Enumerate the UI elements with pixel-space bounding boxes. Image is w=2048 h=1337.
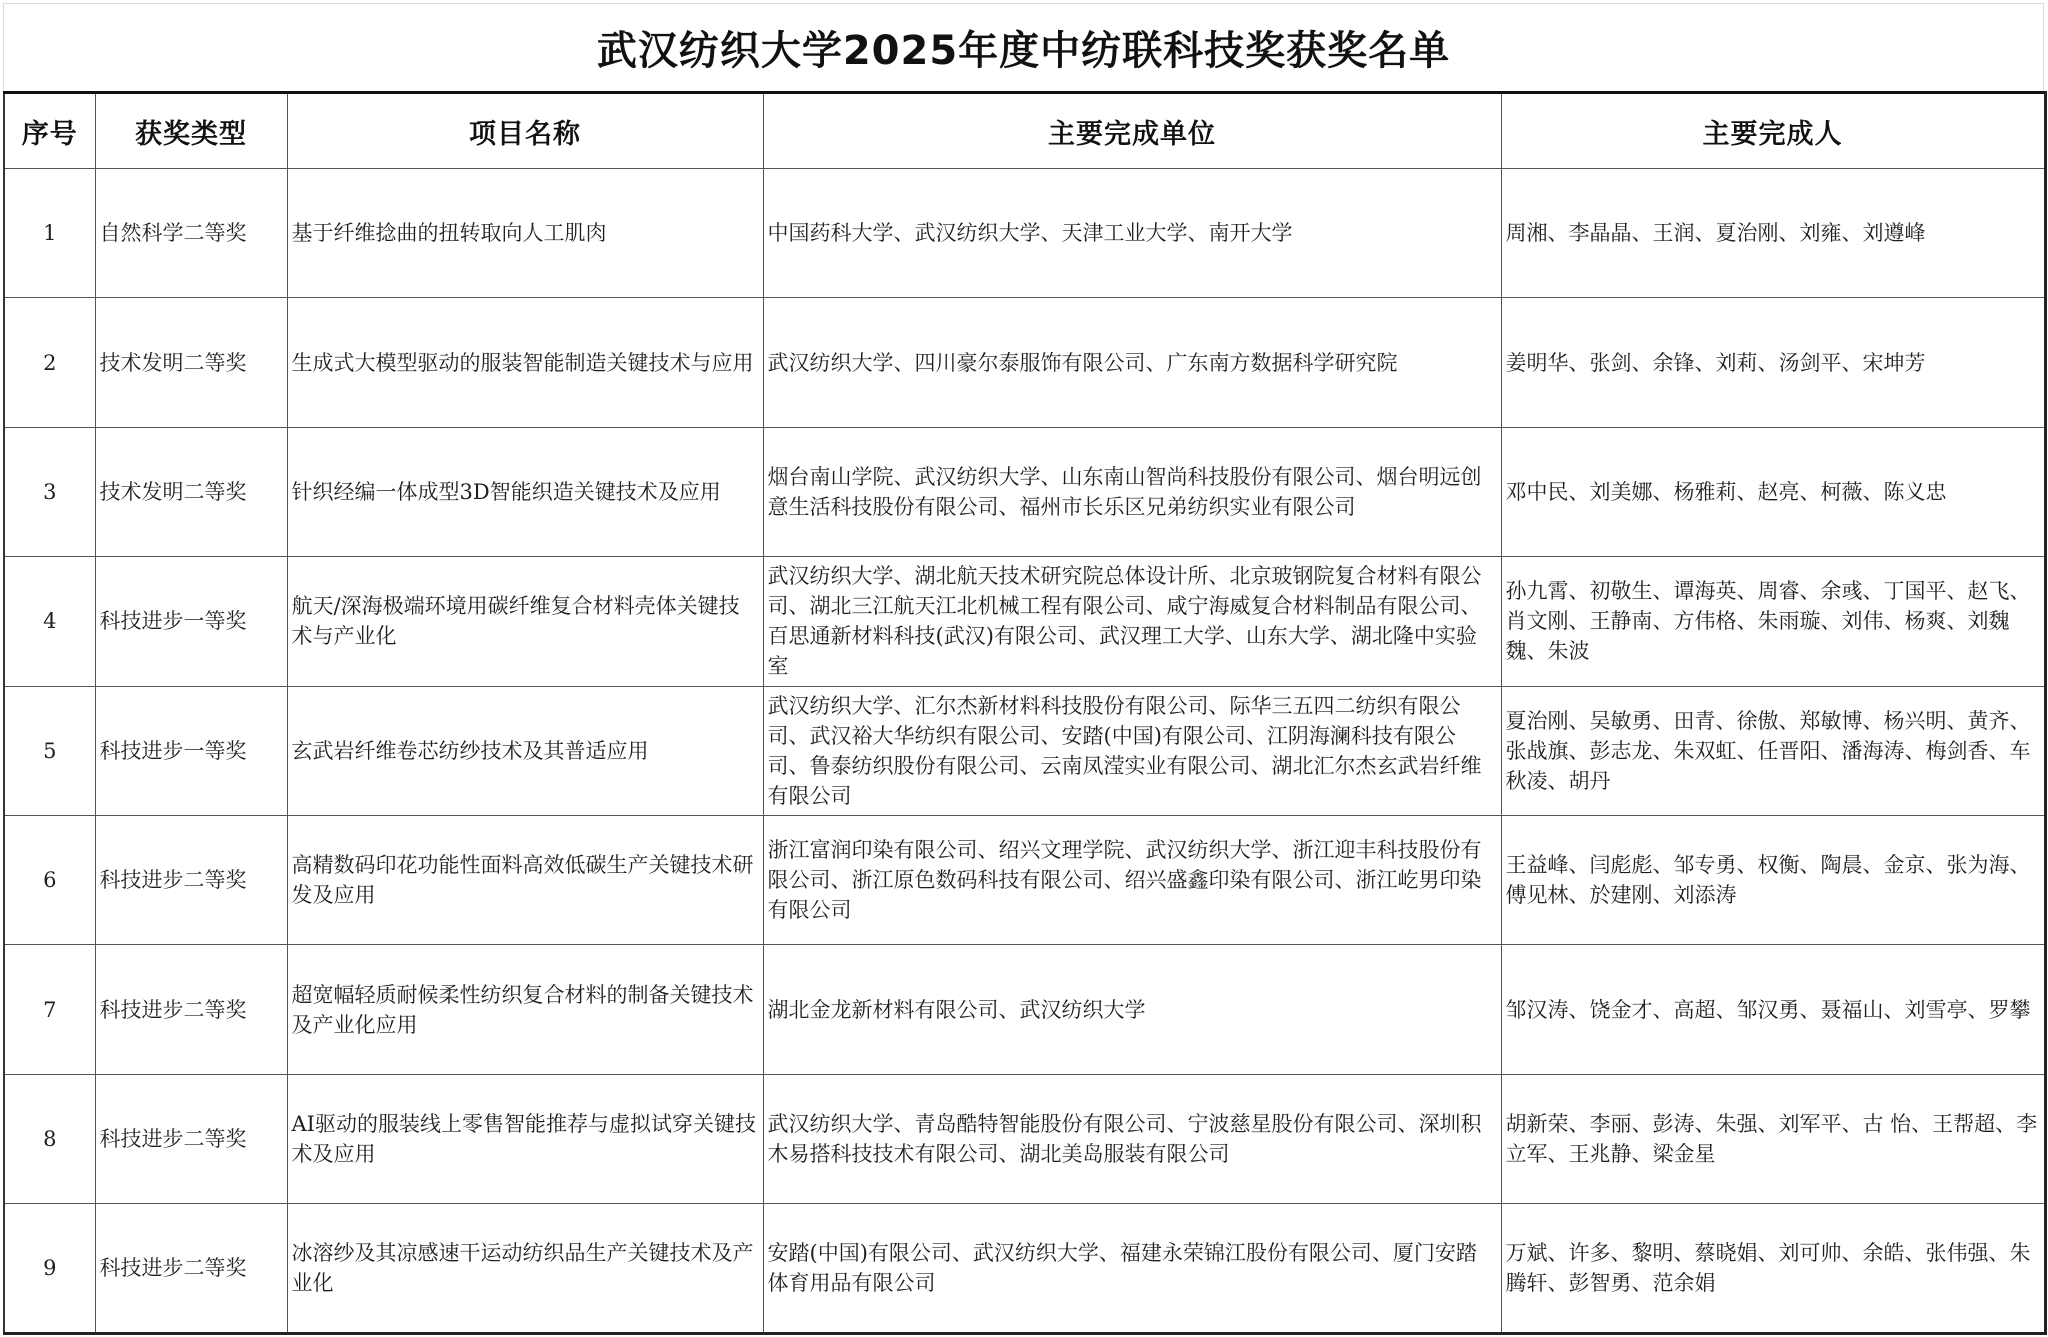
- cell-people: 王益峰、闫彪彪、邹专勇、权衡、陶晨、金京、张为海、傅见林、於建刚、刘添涛: [1501, 815, 2045, 944]
- cell-no: 1: [4, 169, 95, 298]
- cell-project: AI驱动的服装线上零售智能推荐与虚拟试穿关键技术及应用: [287, 1074, 763, 1203]
- cell-no: 2: [4, 298, 95, 427]
- cell-people: 周湘、李晶晶、王润、夏治刚、刘雍、刘遵峰: [1501, 169, 2045, 298]
- table-row: 5 科技进步一等奖 玄武岩纤维卷芯纺纱技术及其普适应用 武汉纺织大学、汇尔杰新材…: [4, 686, 2045, 815]
- cell-project: 基于纤维捻曲的扭转取向人工肌肉: [287, 169, 763, 298]
- cell-units: 武汉纺织大学、湖北航天技术研究院总体设计所、北京玻钢院复合材料有限公司、湖北三江…: [763, 557, 1501, 686]
- cell-units: 安踏(中国)有限公司、武汉纺织大学、福建永荣锦江股份有限公司、厦门安踏体育用品有…: [763, 1204, 1501, 1333]
- cell-project: 针织经编一体成型3D智能织造关键技术及应用: [287, 427, 763, 556]
- cell-no: 5: [4, 686, 95, 815]
- table-header-row: 序号 获奖类型 项目名称 主要完成单位 主要完成人: [4, 93, 2045, 169]
- cell-units: 湖北金龙新材料有限公司、武汉纺织大学: [763, 945, 1501, 1074]
- cell-people: 姜明华、张剑、余锋、刘莉、汤剑平、宋坤芳: [1501, 298, 2045, 427]
- cell-project: 高精数码印花功能性面料高效低碳生产关键技术研发及应用: [287, 815, 763, 944]
- header-project: 项目名称: [287, 93, 763, 169]
- cell-no: 4: [4, 557, 95, 686]
- cell-people: 万斌、许多、黎明、蔡晓娟、刘可帅、余皓、张伟强、朱腾轩、彭智勇、范余娟: [1501, 1204, 2045, 1333]
- header-award-type: 获奖类型: [95, 93, 287, 169]
- cell-units: 烟台南山学院、武汉纺织大学、山东南山智尚科技股份有限公司、烟台明远创意生活科技股…: [763, 427, 1501, 556]
- cell-award-type: 科技进步二等奖: [95, 1204, 287, 1333]
- cell-no: 6: [4, 815, 95, 944]
- table-row: 3 技术发明二等奖 针织经编一体成型3D智能织造关键技术及应用 烟台南山学院、武…: [4, 427, 2045, 556]
- cell-project: 航天/深海极端环境用碳纤维复合材料壳体关键技术与产业化: [287, 557, 763, 686]
- cell-award-type: 科技进步二等奖: [95, 1074, 287, 1203]
- cell-award-type: 技术发明二等奖: [95, 427, 287, 556]
- cell-award-type: 科技进步一等奖: [95, 557, 287, 686]
- table-row: 2 技术发明二等奖 生成式大模型驱动的服装智能制造关键技术与应用 武汉纺织大学、…: [4, 298, 2045, 427]
- header-units: 主要完成单位: [763, 93, 1501, 169]
- header-no: 序号: [4, 93, 95, 169]
- award-list-sheet: 武汉纺织大学2025年度中纺联科技奖获奖名单 序号 获奖类型 项目名称 主要完成…: [3, 3, 2044, 1333]
- cell-no: 3: [4, 427, 95, 556]
- cell-award-type: 技术发明二等奖: [95, 298, 287, 427]
- cell-people: 夏治刚、吴敏勇、田青、徐傲、郑敏博、杨兴明、黄齐、张战旗、彭志龙、朱双虹、任晋阳…: [1501, 686, 2045, 815]
- table-row: 9 科技进步二等奖 冰溶纱及其凉感速干运动纺织品生产关键技术及产业化 安踏(中国…: [4, 1204, 2045, 1333]
- cell-units: 武汉纺织大学、青岛酷特智能股份有限公司、宁波慈星股份有限公司、深圳积木易搭科技技…: [763, 1074, 1501, 1203]
- cell-no: 7: [4, 945, 95, 1074]
- cell-units: 中国药科大学、武汉纺织大学、天津工业大学、南开大学: [763, 169, 1501, 298]
- cell-award-type: 自然科学二等奖: [95, 169, 287, 298]
- award-table: 序号 获奖类型 项目名称 主要完成单位 主要完成人 1 自然科学二等奖 基于纤维…: [3, 91, 2047, 1335]
- cell-people: 孙九霄、初敬生、谭海英、周睿、余彧、丁国平、赵飞、肖文刚、王静南、方伟格、朱雨璇…: [1501, 557, 2045, 686]
- cell-people: 邹汉涛、饶金才、高超、邹汉勇、聂福山、刘雪亭、罗攀: [1501, 945, 2045, 1074]
- header-people: 主要完成人: [1501, 93, 2045, 169]
- cell-award-type: 科技进步一等奖: [95, 686, 287, 815]
- table-row: 8 科技进步二等奖 AI驱动的服装线上零售智能推荐与虚拟试穿关键技术及应用 武汉…: [4, 1074, 2045, 1203]
- cell-units: 武汉纺织大学、四川豪尔泰服饰有限公司、广东南方数据科学研究院: [763, 298, 1501, 427]
- cell-no: 8: [4, 1074, 95, 1203]
- cell-units: 武汉纺织大学、汇尔杰新材料科技股份有限公司、际华三五四二纺织有限公司、武汉裕大华…: [763, 686, 1501, 815]
- cell-award-type: 科技进步二等奖: [95, 945, 287, 1074]
- table-row: 6 科技进步二等奖 高精数码印花功能性面料高效低碳生产关键技术研发及应用 浙江富…: [4, 815, 2045, 944]
- page-title: 武汉纺织大学2025年度中纺联科技奖获奖名单: [597, 19, 1450, 76]
- title-area: 武汉纺织大学2025年度中纺联科技奖获奖名单: [3, 3, 2044, 91]
- cell-project: 生成式大模型驱动的服装智能制造关键技术与应用: [287, 298, 763, 427]
- table-row: 1 自然科学二等奖 基于纤维捻曲的扭转取向人工肌肉 中国药科大学、武汉纺织大学、…: [4, 169, 2045, 298]
- table-row: 4 科技进步一等奖 航天/深海极端环境用碳纤维复合材料壳体关键技术与产业化 武汉…: [4, 557, 2045, 686]
- cell-award-type: 科技进步二等奖: [95, 815, 287, 944]
- cell-project: 超宽幅轻质耐候柔性纺织复合材料的制备关键技术及产业化应用: [287, 945, 763, 1074]
- cell-people: 胡新荣、李丽、彭涛、朱强、刘军平、古 怡、王帮超、李立军、王兆静、梁金星: [1501, 1074, 2045, 1203]
- table-row: 7 科技进步二等奖 超宽幅轻质耐候柔性纺织复合材料的制备关键技术及产业化应用 湖…: [4, 945, 2045, 1074]
- cell-project: 冰溶纱及其凉感速干运动纺织品生产关键技术及产业化: [287, 1204, 763, 1333]
- cell-no: 9: [4, 1204, 95, 1333]
- cell-project: 玄武岩纤维卷芯纺纱技术及其普适应用: [287, 686, 763, 815]
- cell-units: 浙江富润印染有限公司、绍兴文理学院、武汉纺织大学、浙江迎丰科技股份有限公司、浙江…: [763, 815, 1501, 944]
- cell-people: 邓中民、刘美娜、杨雅莉、赵亮、柯薇、陈义忠: [1501, 427, 2045, 556]
